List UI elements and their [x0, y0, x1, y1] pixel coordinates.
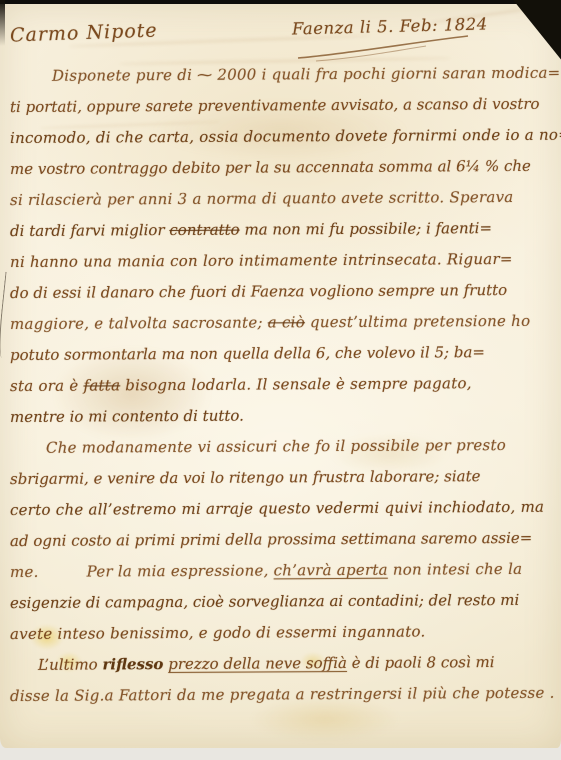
text-segment: non intesi che la: [388, 560, 523, 579]
letter-line: do di essi il danaro che fuori di Faenza…: [10, 275, 553, 309]
text-segment: disse la Sig.a Fattori da me pregata a r…: [10, 684, 555, 705]
text-segment: esigenzie di campagna, cioè sorveglianza…: [10, 591, 519, 612]
letter-line: mentre io mi contento di tutto.: [10, 399, 553, 433]
text-segment: ch’avrà aperta: [274, 561, 388, 580]
text-segment: è di paoli 8 così mi: [347, 653, 495, 672]
text-segment: ni hanno una mania con loro intimamente …: [10, 250, 513, 271]
text-segment: ti portati, oppure sarete preventivament…: [10, 95, 540, 116]
letter-line: di tardi farvi miglior contratto ma non …: [10, 213, 553, 247]
text-segment: riflesso: [102, 655, 163, 673]
letter-paper: Carmo Nipote Faenza li 5. Feb: 1824 Disp…: [0, 4, 561, 748]
text-segment: bisogna lodarla. Il sensale è sempre pag…: [120, 374, 472, 394]
text-segment: me.: [10, 563, 39, 581]
text-segment: sta ora è: [10, 377, 84, 395]
text-segment: ad ogni costo ai primi primi della pross…: [10, 529, 532, 550]
scanned-letter-page: Carmo Nipote Faenza li 5. Feb: 1824 Disp…: [0, 0, 561, 760]
text-segment: quest’ultima pretensione ho: [305, 312, 530, 331]
letter-body: Disponete pure di ⁓ 2000 i quali fra poc…: [10, 61, 553, 712]
letter-line: me.Per la mia espressione, ch’avrà apert…: [10, 554, 553, 588]
letter-line: sbrigarmi, e venire da voi lo ritengo un…: [10, 461, 553, 495]
letter-line: certo che all’estremo mi arraje questo v…: [10, 492, 553, 526]
letter-line: esigenzie di campagna, cioè sorveglianza…: [10, 585, 553, 619]
text-segment: certo che all’estremo mi arraje questo v…: [10, 498, 544, 519]
letter-line: ti portati, oppure sarete preventivament…: [10, 89, 553, 123]
letter-line: maggiore, e talvolta sacrosante; a ciò q…: [10, 306, 553, 340]
text-segment: Per la mia espressione,: [87, 561, 274, 580]
text-segment: incomodo, di che carta, ossia documento …: [10, 126, 561, 147]
letter-line: L’ultimo riflesso prezzo della neve soff…: [10, 647, 553, 681]
text-segment: ma non mi fu possibile; i faenti=: [240, 219, 492, 239]
text-segment: Disponete pure di ⁓ 2000 i quali fra poc…: [52, 64, 561, 85]
text-segment: L’ultimo: [38, 655, 103, 673]
letter-line: potuto sormontarla ma non quella della 6…: [10, 337, 553, 371]
letter-line: avete inteso benissimo, e godo di esserm…: [10, 616, 553, 650]
letter-line: disse la Sig.a Fattori da me pregata a r…: [10, 678, 553, 712]
text-segment: Che modanamente vi assicuri che fo il po…: [46, 436, 506, 457]
letter-line: ni hanno una mania con loro intimamente …: [10, 244, 553, 278]
text-segment: mentre io mi contento di tutto.: [10, 407, 244, 426]
text-segment: avete inteso benissimo, e godo di esserm…: [10, 622, 426, 643]
text-segment: a ciò: [268, 313, 305, 331]
text-segment: fatta: [83, 376, 120, 394]
letter-line: incomodo, di che carta, ossia documento …: [10, 120, 553, 154]
letter-line: me vostro contraggo debito per la su acc…: [10, 151, 553, 185]
text-segment: prezzo della neve soffià: [168, 654, 347, 673]
salutation: Carmo Nipote: [10, 19, 158, 46]
letter-line: sta ora è fatta bisogna lodarla. Il sens…: [10, 368, 553, 402]
letter-line: Che modanamente vi assicuri che fo il po…: [10, 430, 553, 464]
text-segment: sbrigarmi, e venire da voi lo ritengo un…: [10, 467, 481, 488]
text-segment: potuto sormontarla ma non quella della 6…: [10, 343, 485, 364]
scanner-edge-shadow: [0, 0, 5, 46]
text-segment: si rilascierà per anni 3 a norma di quan…: [10, 188, 514, 209]
text-segment: maggiore, e talvolta sacrosante;: [10, 313, 268, 333]
letter-line: Disponete pure di ⁓ 2000 i quali fra poc…: [10, 58, 553, 92]
text-segment: do di essi il danaro che fuori di Faenza…: [10, 281, 507, 302]
letter-line: si rilascierà per anni 3 a norma di quan…: [10, 182, 553, 216]
text-segment: me vostro contraggo debito per la su acc…: [10, 157, 531, 178]
text-segment: contratto: [169, 221, 239, 239]
text-segment: di tardi farvi miglior: [10, 221, 169, 240]
letter-line: ad ogni costo ai primi primi della pross…: [10, 523, 553, 557]
